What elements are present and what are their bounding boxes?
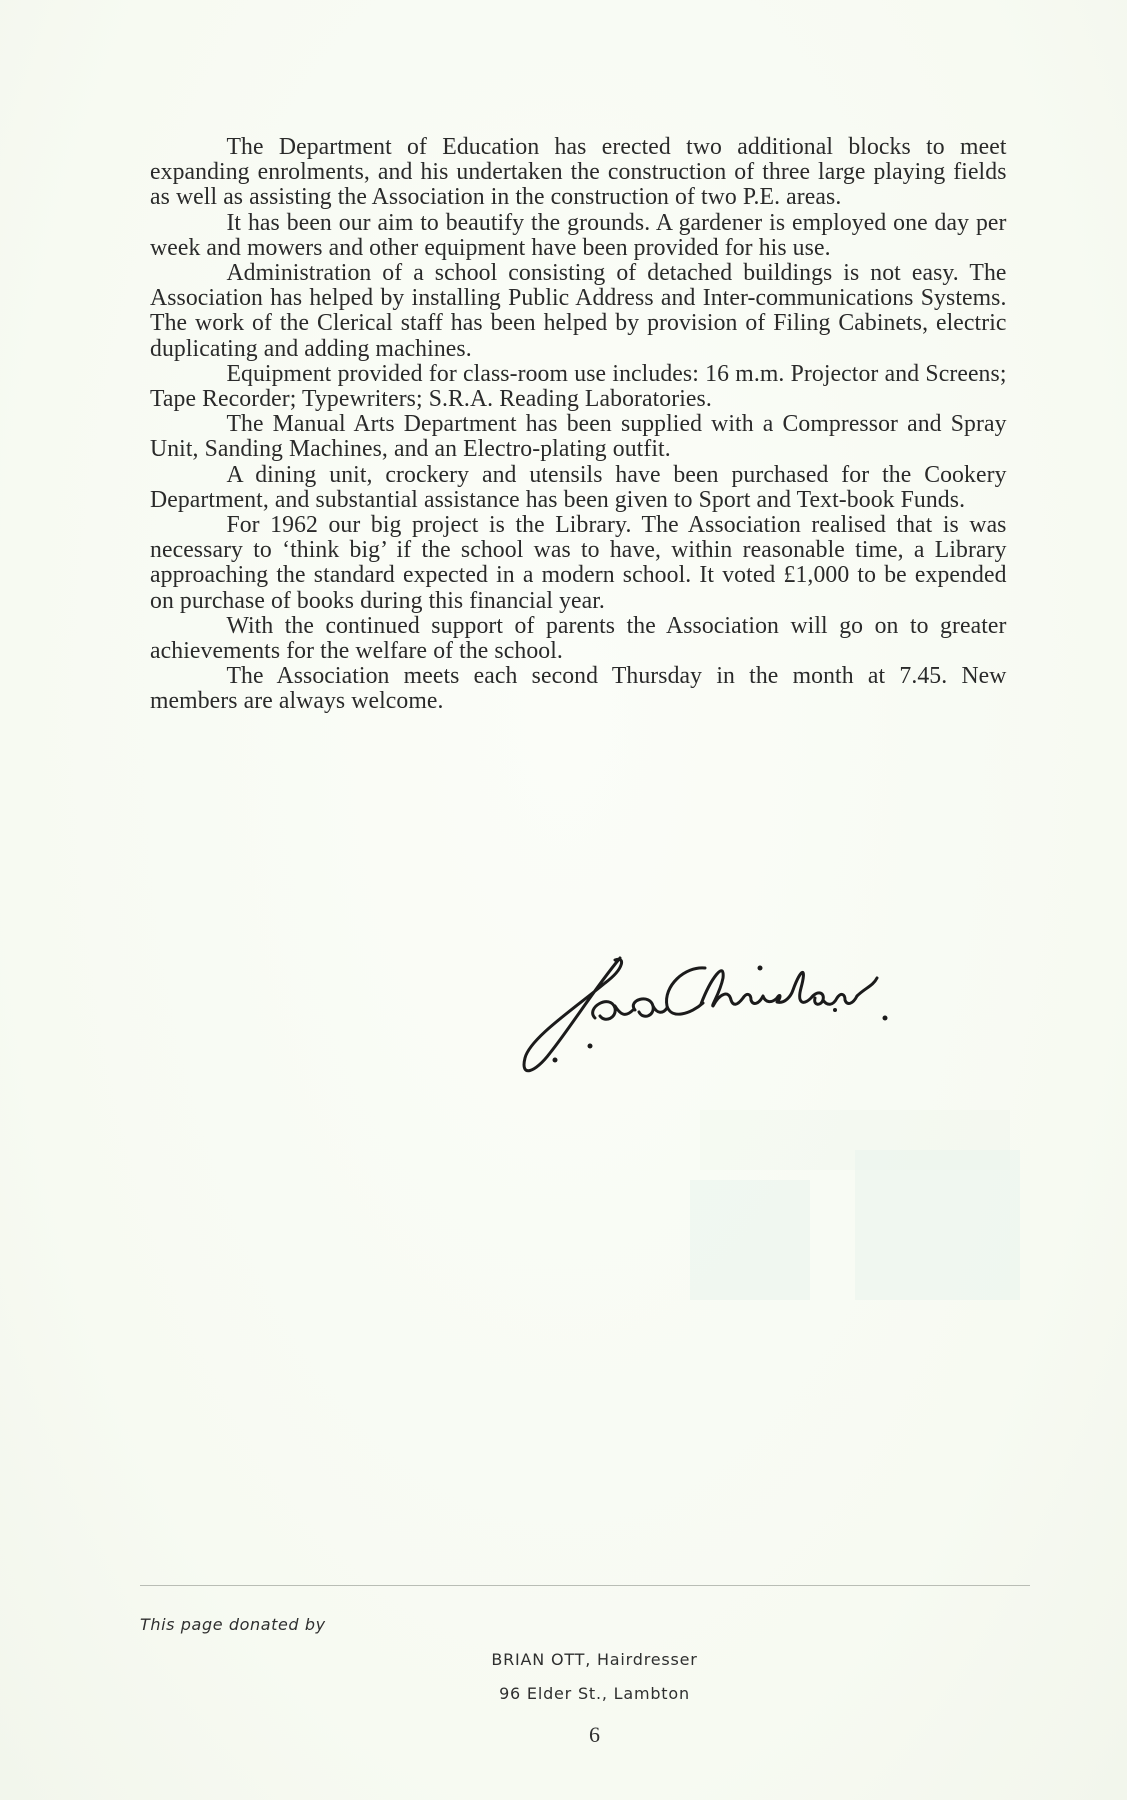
paragraph: It has been our aim to beautify the grou… [150,210,1007,260]
donor-address: 96 Elder St., Lambton [0,1684,1127,1703]
paragraph: With the continued support of parents th… [150,613,1007,663]
paragraph: The Department of Education has erected … [150,134,1007,210]
paragraph: Equipment provided for class-room use in… [150,361,1007,411]
paragraph: For 1962 our big project is the Library.… [150,512,1007,613]
paragraph: Administration of a school consisting of… [150,260,1007,361]
show-through-mark [690,1180,810,1300]
footer-divider [140,1585,1030,1586]
body-text: The Department of Education has erected … [150,134,1007,714]
page: The Department of Education has erected … [0,0,1127,1800]
page-number: 6 [0,1722,1127,1748]
paragraph: The Association meets each second Thursd… [150,663,1007,713]
show-through-mark [855,1150,1020,1300]
signature [515,948,995,1088]
donor-name: BRIAN OTT, Hairdresser [0,1650,1127,1669]
signature-icon [515,948,995,1088]
paragraph: The Manual Arts Department has been supp… [150,411,1007,461]
paragraph: A dining unit, crockery and utensils hav… [150,462,1007,512]
donated-label: This page donated by [140,1615,326,1634]
